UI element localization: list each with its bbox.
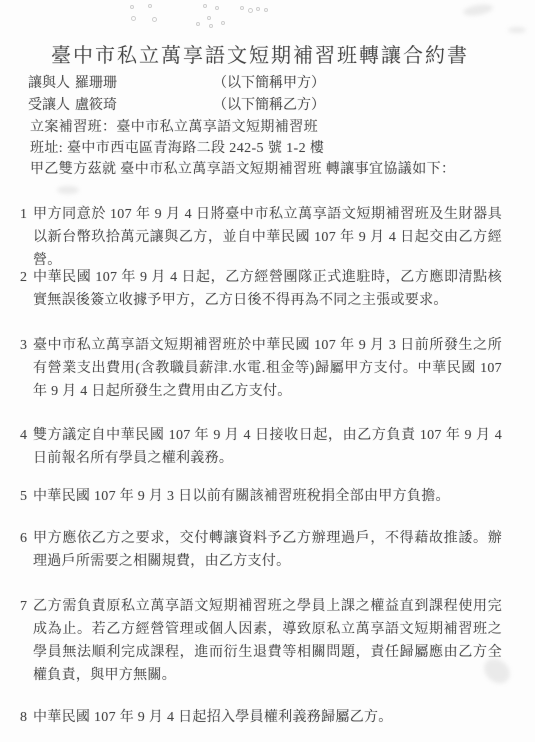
scan-artifact-dot	[248, 8, 253, 13]
party-name: 盧筱琦	[75, 97, 213, 115]
scan-artifact-dot	[209, 24, 213, 28]
scan-artifact-dot	[148, 4, 152, 8]
scan-smudge	[57, 186, 79, 194]
clause-number: 6	[20, 527, 33, 573]
scan-smudge	[462, 2, 493, 17]
clause-text: 甲方應依乙方之要求，交付轉讓資料予乙方辦理過戶，不得藉故推諉。辦理過戶所需要之相…	[33, 527, 502, 573]
party-name: 羅珊珊	[75, 75, 213, 93]
preamble-line: 甲乙雙方茲就 臺中市私立萬享語文短期補習班 轉讓事宜協議如下：	[30, 161, 455, 179]
clause-item: 3 臺中市私立萬享語文短期補習班於中華民國 107 年 9 月 3 日前所發生之…	[20, 334, 502, 403]
contract-title: 臺中市私立萬享語文短期補習班轉讓合約書	[0, 39, 520, 68]
clause-number: 7	[20, 595, 33, 687]
clause-text: 臺中市私立萬享語文短期補習班於中華民國 107 年 9 月 3 日前所發生之所有…	[33, 334, 502, 403]
clause-text: 甲方同意於 107 年 9 月 4 日將臺中市私立萬享語文短期補習班及生財器具以…	[33, 203, 502, 272]
scan-artifact-dot	[196, 22, 200, 26]
party-alias: （以下簡稱乙方）	[213, 97, 325, 115]
clause-text: 雙方議定自中華民國 107 年 9 月 4 日接收日起，由乙方負責 107 年 …	[33, 424, 502, 470]
clause-item: 5 中華民國 107 年 9 月 3 日以前有關該補習班稅捐全部由甲方負擔。	[20, 485, 502, 508]
clause-number: 5	[20, 485, 33, 508]
clause-number: 2	[20, 266, 33, 312]
party-role: 受讓人	[28, 97, 75, 115]
clause-item: 7 乙方需負責原私立萬享語文短期補習班之學員上課之權益直到課程使用完成為止。若乙…	[20, 595, 502, 687]
clause-number: 4	[20, 424, 33, 470]
scan-artifact-dot	[264, 8, 268, 12]
clause-text: 中華民國 107 年 9 月 4 日起招入學員權利義務歸屬乙方。	[33, 706, 502, 729]
clause-number: 8	[20, 706, 33, 729]
clause-text: 中華民國 107 年 9 月 3 日以前有關該補習班稅捐全部由甲方負擔。	[33, 485, 502, 508]
party-row-transferor: 讓與人 羅珊珊 （以下簡稱甲方）	[28, 75, 325, 93]
scan-smudge	[508, 27, 526, 33]
clause-item: 4 雙方議定自中華民國 107 年 9 月 4 日接收日起，由乙方負責 107 …	[20, 424, 502, 470]
scan-artifact-dot	[207, 16, 211, 20]
scan-artifact-dot	[203, 4, 207, 8]
scan-artifact-dot	[240, 6, 244, 10]
address-line: 班址: 臺中市西屯區青海路二段 242-5 號 1-2 樓	[30, 140, 324, 158]
scan-artifact-dot	[215, 6, 219, 10]
scan-artifact-dot	[130, 5, 134, 9]
contract-page: 臺中市私立萬享語文短期補習班轉讓合約書 讓與人 羅珊珊 （以下簡稱甲方） 受讓人…	[0, 0, 535, 742]
scan-artifact-dot	[256, 7, 260, 11]
scan-artifact-dot	[152, 17, 157, 22]
clause-number: 1	[20, 203, 33, 272]
clause-item: 6 甲方應依乙方之要求，交付轉讓資料予乙方辦理過戶，不得藉故推諉。辦理過戶所需要…	[20, 527, 502, 573]
clause-item: 8 中華民國 107 年 9 月 4 日起招入學員權利義務歸屬乙方。	[20, 706, 502, 729]
party-row-transferee: 受讓人 盧筱琦 （以下簡稱乙方）	[28, 97, 325, 115]
clause-text: 中華民國 107 年 9 月 4 日起，乙方經營團隊正式進駐時，乙方應即清點核實…	[33, 266, 502, 312]
clause-item: 2 中華民國 107 年 9 月 4 日起，乙方經營團隊正式進駐時，乙方應即清點…	[20, 266, 502, 312]
clause-item: 1 甲方同意於 107 年 9 月 4 日將臺中市私立萬享語文短期補習班及生財器…	[20, 203, 502, 272]
clause-number: 3	[20, 334, 33, 403]
scan-artifact-dot	[221, 21, 225, 25]
clause-text: 乙方需負責原私立萬享語文短期補習班之學員上課之權益直到課程使用完成為止。若乙方經…	[33, 595, 502, 687]
party-alias: （以下簡稱甲方）	[213, 75, 325, 93]
scan-artifact-dot	[131, 16, 136, 21]
party-role: 讓與人	[28, 75, 75, 93]
registered-school-line: 立案補習班：臺中市私立萬享語文短期補習班	[30, 119, 318, 137]
